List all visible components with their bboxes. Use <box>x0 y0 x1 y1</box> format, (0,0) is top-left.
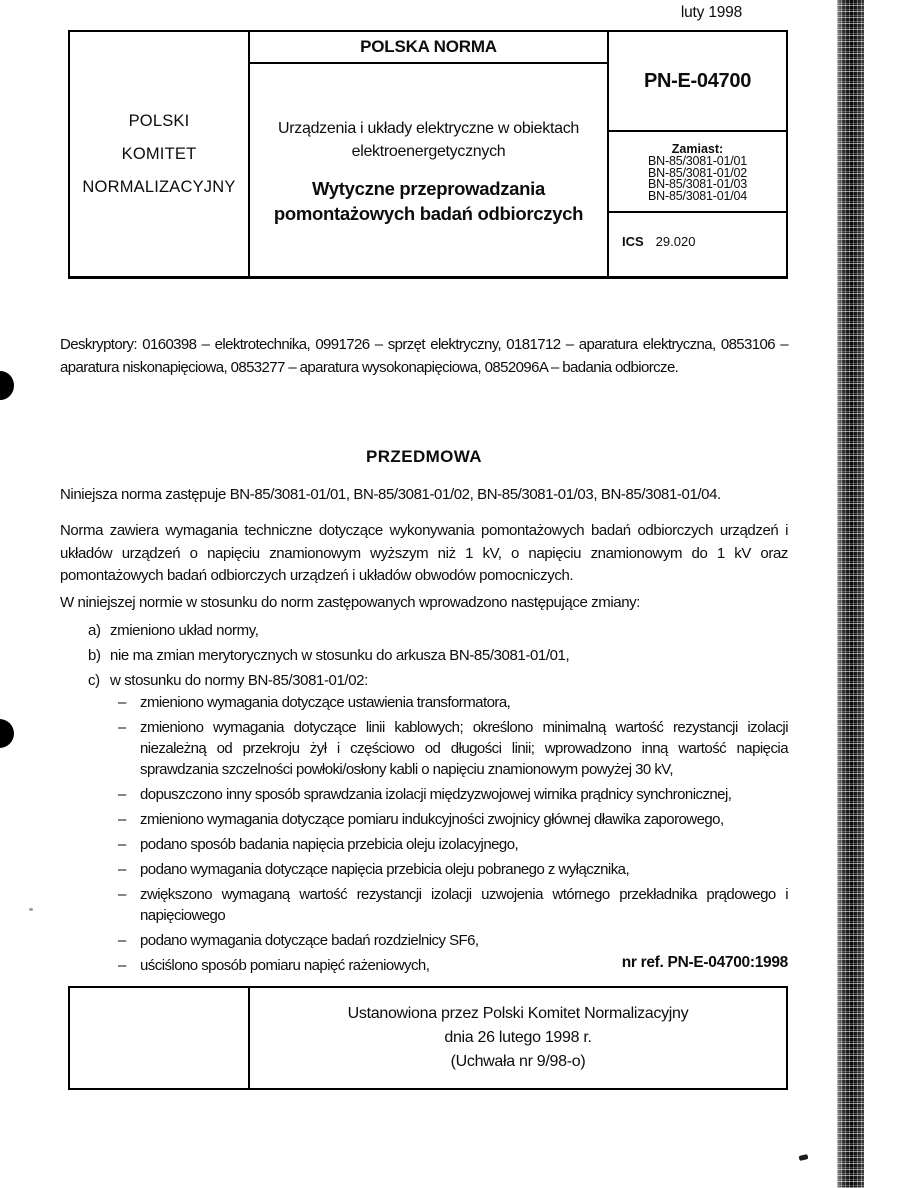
item-text: podano wymagania dotyczące badań rozdzie… <box>140 930 788 951</box>
item-text: podano sposób badania napięcia przebicia… <box>140 834 788 855</box>
item-text: zwiększono wymaganą wartość rezystancji … <box>140 884 788 926</box>
list-item: – podano wymagania dotyczące napięcia pr… <box>118 859 788 880</box>
reference-number: nr ref. PN-E-04700:1998 <box>60 954 788 972</box>
approval-statement: Ustanowiona przez Polski Komitet Normali… <box>250 988 786 1088</box>
dash-bullet: – <box>118 859 140 880</box>
norm-subject: Urządzenia i układy elektryczne w obiekt… <box>250 117 607 163</box>
title-block: Urządzenia i układy elektryczne w obiekt… <box>250 64 607 276</box>
item-text: w stosunku do normy BN-85/3081-01/02: <box>110 671 368 691</box>
list-item: c) w stosunku do normy BN-85/3081-01/02: <box>88 671 788 691</box>
approval-line: Ustanowiona przez Polski Komitet Normali… <box>348 1002 689 1026</box>
ics-label: ICS <box>622 234 644 249</box>
item-text: nie ma zmian merytorycznych w stosunku d… <box>110 646 569 666</box>
approval-box-empty-cell <box>70 988 250 1088</box>
binding-edge-band <box>837 0 864 1188</box>
list-item: – zmieniono wymagania dotyczące ustawien… <box>118 692 788 713</box>
scan-speck <box>799 1154 809 1161</box>
scanned-standard-page: luty 1998 POLSKI KOMITET NORMALIZACYJNY … <box>0 0 918 1188</box>
scan-speck <box>29 908 33 911</box>
dash-bullet: – <box>118 717 140 780</box>
replaced-norm: BN-85/3081-01/04 <box>609 191 786 203</box>
norm-header-table: POLSKI KOMITET NORMALIZACYJNY POLSKA NOR… <box>68 30 788 279</box>
list-item: – podano sposób badania napięcia przebic… <box>118 834 788 855</box>
dash-bullet: – <box>118 809 140 830</box>
committee-line: POLSKI <box>129 112 190 131</box>
item-text: podano wymagania dotyczące napięcia prze… <box>140 859 788 880</box>
approval-line: dnia 26 lutego 1998 r. <box>444 1026 591 1050</box>
item-text: dopuszczono inny sposób sprawdzania izol… <box>140 784 788 805</box>
foreword-paragraph: Niniejsza norma zastępuje BN-85/3081-01/… <box>60 484 788 507</box>
approval-box: Ustanowiona przez Polski Komitet Normali… <box>68 986 788 1090</box>
norm-label: POLSKA NORMA <box>250 32 607 64</box>
item-label: c) <box>88 671 110 691</box>
punch-hole-artifact <box>0 371 14 400</box>
list-item: – zmieniono wymagania dotyczące pomiaru … <box>118 809 788 830</box>
committee-cell: POLSKI KOMITET NORMALIZACYJNY <box>70 32 250 276</box>
list-item: – zwiększono wymaganą wartość rezystancj… <box>118 884 788 926</box>
issue-date: luty 1998 <box>560 4 742 22</box>
norm-code: PN-E-04700 <box>609 32 786 132</box>
ics-block: ICS29.020 <box>609 213 786 276</box>
committee-line: KOMITET <box>122 145 197 164</box>
item-label: b) <box>88 646 110 666</box>
list-item: – zmieniono wymagania dotyczące linii ka… <box>118 717 788 780</box>
descriptors-paragraph: Deskryptory: 0160398 – elektrotechnika, … <box>60 333 788 379</box>
dash-bullet: – <box>118 834 140 855</box>
replaced-norms-block: Zamiast: BN-85/3081-01/01 BN-85/3081-01/… <box>609 132 786 213</box>
dash-bullet: – <box>118 884 140 926</box>
foreword-heading: PRZEDMOWA <box>60 447 788 467</box>
foreword-paragraph: Norma zawiera wymagania techniczne dotyc… <box>60 520 788 588</box>
item-text: zmieniono układ normy, <box>110 621 259 641</box>
item-text: zmieniono wymagania dotyczące linii kabl… <box>140 717 788 780</box>
dash-bullet: – <box>118 930 140 951</box>
foreword-paragraph: W niniejszej normie w stosunku do norm z… <box>60 592 788 615</box>
list-item: b) nie ma zmian merytorycznych w stosunk… <box>88 646 788 666</box>
item-label: a) <box>88 621 110 641</box>
approval-line: (Uchwała nr 9/98-o) <box>451 1050 586 1074</box>
dash-bullet: – <box>118 692 140 713</box>
code-cell: PN-E-04700 Zamiast: BN-85/3081-01/01 BN-… <box>609 32 786 276</box>
ics-code: 29.020 <box>656 234 696 249</box>
item-text: zmieniono wymagania dotyczące ustawienia… <box>140 692 788 713</box>
dash-change-list: – zmieniono wymagania dotyczące ustawien… <box>118 692 788 980</box>
committee-line: NORMALIZACYJNY <box>82 178 235 197</box>
list-item: a) zmieniono układ normy, <box>88 621 788 641</box>
norm-title: Wytyczne przeprowadzania pomontażowych b… <box>250 176 607 226</box>
dash-bullet: – <box>118 784 140 805</box>
title-cell: POLSKA NORMA Urządzenia i układy elektry… <box>250 32 609 276</box>
punch-hole-artifact <box>0 719 14 748</box>
list-item: – dopuszczono inny sposób sprawdzania iz… <box>118 784 788 805</box>
item-text: zmieniono wymagania dotyczące pomiaru in… <box>140 809 788 830</box>
list-item: – podano wymagania dotyczące badań rozdz… <box>118 930 788 951</box>
lettered-change-list: a) zmieniono układ normy, b) nie ma zmia… <box>88 621 788 696</box>
